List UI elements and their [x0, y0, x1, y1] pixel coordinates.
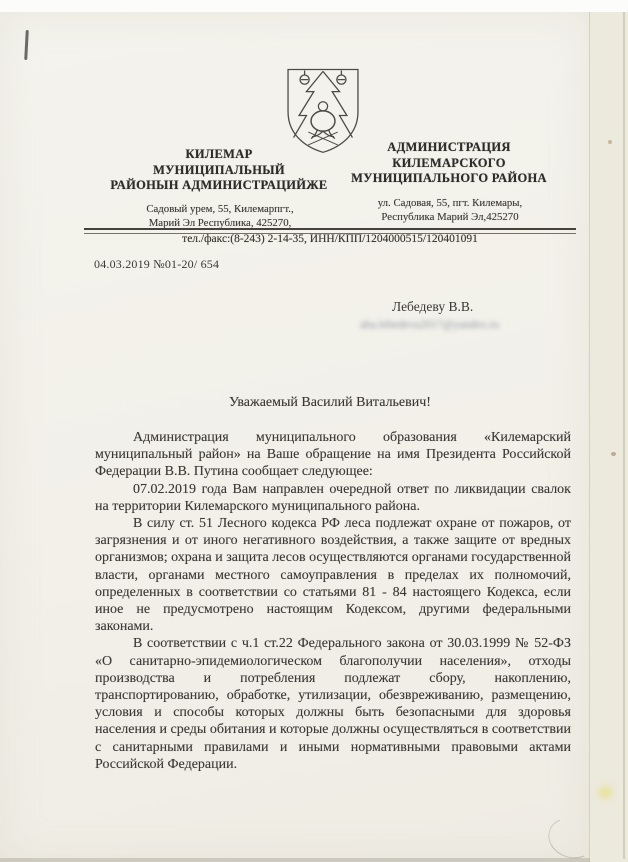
- addressee-name: Лебедеву В.В.: [392, 299, 473, 315]
- address-left-line1: Садовый урем, 55, Килемарпгт.,: [106, 203, 334, 217]
- addressee-email-redacted: aba.lebedeva2017@yandex.ru: [360, 319, 538, 331]
- org-name-russian-line2: КИЛЕМАРСКОГО: [336, 156, 562, 172]
- address-right-line2: Республика Марий Эл,425270: [348, 211, 552, 225]
- org-name-mari-line3: РАЙОНЫН АДМИНИСТРАЦИЙЖЕ: [88, 178, 350, 194]
- body-paragraph: В силу ст. 51 Лесного кодекса РФ леса по…: [95, 515, 571, 635]
- body-paragraph: В соответствии с ч.1 ст.22 Федерального …: [95, 635, 571, 773]
- org-name-russian-line1: АДМИНИСТРАЦИЯ: [336, 140, 562, 156]
- scan-edge-line: [623, 12, 625, 859]
- salutation: Уважаемый Василий Витальевич!: [95, 395, 565, 411]
- letter-body: Администрация муниципального образования…: [95, 429, 571, 773]
- org-name-russian-line3: МУНИЦИПАЛЬНОГО РАЙОНА: [336, 171, 562, 187]
- org-name-russian: АДМИНИСТРАЦИЯ КИЛЕМАРСКОГО МУНИЦИПАЛЬНОГ…: [336, 140, 562, 187]
- address-right: ул. Садовая, 55, пгт. Килемары, Республи…: [348, 197, 552, 224]
- paper-stain: [598, 786, 613, 799]
- paper-speck: [608, 140, 612, 144]
- org-name-mari: КИЛЕМАР МУНИЦИПАЛЬНЫЙ РАЙОНЫН АДМИНИСТРА…: [88, 147, 350, 194]
- paper-speck: [611, 452, 616, 456]
- org-name-mari-line1: КИЛЕМАР: [88, 147, 350, 163]
- scanned-letter: онавтсо имакот яинед оsquare онечу ртсе …: [0, 0, 628, 862]
- body-paragraph: Администрация муниципального образования…: [95, 429, 571, 481]
- scan-bottom-edge: [0, 858, 590, 862]
- address-left: Садовый урем, 55, Килемарпгт., Марий Эл …: [106, 203, 334, 230]
- reference-date-number: 04.03.2019 №01-20/ 654: [94, 257, 219, 272]
- org-name-mari-line2: МУНИЦИПАЛЬНЫЙ: [88, 163, 350, 179]
- contact-line: тел./факс:(8-243) 2-14-35, ИНН/КПП/12040…: [84, 233, 576, 245]
- body-paragraph: 07.02.2019 года Вам направлен очередной …: [95, 481, 571, 515]
- address-right-line1: ул. Садовая, 55, пгт. Килемары,: [348, 197, 552, 211]
